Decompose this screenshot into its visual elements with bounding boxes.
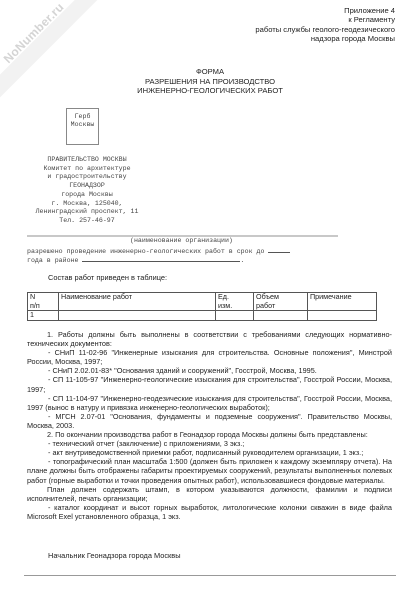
gov-line: города Москвы	[22, 191, 152, 200]
header-number: Nп/п	[28, 293, 59, 311]
list-item: - СП 11-105-97 "Инженерно-геологические …	[27, 375, 392, 393]
header-work-name: Наименование работ	[59, 293, 216, 311]
gov-line: Комитет по архитектуре	[22, 165, 152, 174]
header-volume: Объемработ	[254, 293, 308, 311]
title-line: ФОРМА	[0, 67, 420, 77]
deadline-blank	[268, 245, 290, 253]
list-item: - топографический план масштаба 1:500 (д…	[27, 457, 392, 484]
appendix-note: Приложение 4 к Регламенту работы службы …	[255, 6, 395, 43]
permit-line-2: года в районе .	[27, 254, 244, 264]
organization-caption: (наименование организации)	[130, 237, 233, 244]
paragraph: План должен содержать штамп, в котором у…	[27, 485, 392, 503]
title-line: ИНЖЕНЕРНО-ГЕОЛОГИЧЕСКИХ РАБОТ	[0, 86, 420, 96]
appendix-line: надзора города Москвы	[255, 34, 395, 43]
coat-of-arms-placeholder: Герб Москвы	[66, 108, 99, 145]
header-text: Наименование работ	[61, 293, 213, 302]
appendix-line: работы службы геолого-геодезического	[255, 25, 395, 34]
permit-text: года в районе	[27, 257, 78, 264]
gov-line: ПРАВИТЕЛЬСТВО МОСКВЫ	[22, 156, 152, 165]
list-item: - СНиП 11-02-96 "Инженерные изыскания дл…	[27, 348, 392, 366]
cell	[59, 311, 216, 321]
works-table: Nп/п Наименование работ Ед.изм. Объемраб…	[27, 292, 377, 321]
list-item: - СП 11-104-97 "Инженерно-геодезические …	[27, 394, 392, 412]
cell	[254, 311, 308, 321]
header-text: Примечание	[310, 293, 374, 302]
list-item: - МГСН 2.07-01 "Основания, фундаменты и …	[27, 412, 392, 430]
list-item: - каталог координат и высот горных выраб…	[27, 503, 392, 521]
paragraph: 2. По окончании производства работ в Гео…	[27, 430, 392, 439]
header-text: п/п	[30, 302, 56, 311]
district-blank	[82, 254, 240, 262]
header-text: изм.	[218, 302, 251, 311]
signature-title: Начальник Геонадзора города Москвы	[48, 551, 181, 560]
gov-line: Тел. 257-46-97	[22, 217, 152, 226]
list-item: - технический отчет (заключение) с прило…	[27, 439, 392, 448]
coat-label: Герб	[67, 113, 98, 121]
cell	[308, 311, 377, 321]
gov-line: и градостроительству	[22, 173, 152, 182]
cell: 1	[28, 311, 59, 321]
list-item: - акт внутриведомственной приемки работ,…	[27, 448, 392, 457]
header-text: работ	[256, 302, 305, 311]
document-title: ФОРМА РАЗРЕШЕНИЯ НА ПРОИЗВОДСТВО ИНЖЕНЕР…	[0, 67, 420, 96]
header-note: Примечание	[308, 293, 377, 311]
paragraph: 1. Работы должны быть выполнены в соотве…	[27, 330, 392, 348]
cell	[216, 311, 254, 321]
table-header-row: Nп/п Наименование работ Ед.изм. Объемраб…	[28, 293, 377, 311]
title-line: РАЗРЕШЕНИЯ НА ПРОИЗВОДСТВО	[0, 77, 420, 87]
appendix-line: к Регламенту	[255, 15, 395, 24]
table-row: 1	[28, 311, 377, 321]
header-unit: Ед.изм.	[216, 293, 254, 311]
permit-period: .	[240, 257, 244, 264]
list-item: - СНиП 2.02.01-83* "Основания зданий и с…	[27, 366, 392, 375]
gov-line: ГЕОНАДЗОР	[22, 182, 152, 191]
document-body: 1. Работы должны быть выполнены в соотве…	[27, 330, 392, 521]
signature-line	[24, 575, 396, 576]
government-header: ПРАВИТЕЛЬСТВО МОСКВЫ Комитет по архитект…	[22, 156, 152, 226]
gov-line: г. Москва, 125040,	[22, 200, 152, 209]
gov-line: Ленинградский проспект, 11	[22, 208, 152, 217]
coat-label: Москвы	[67, 121, 98, 129]
appendix-line: Приложение 4	[255, 6, 395, 15]
table-intro: Состав работ приведен в таблице:	[48, 273, 167, 282]
